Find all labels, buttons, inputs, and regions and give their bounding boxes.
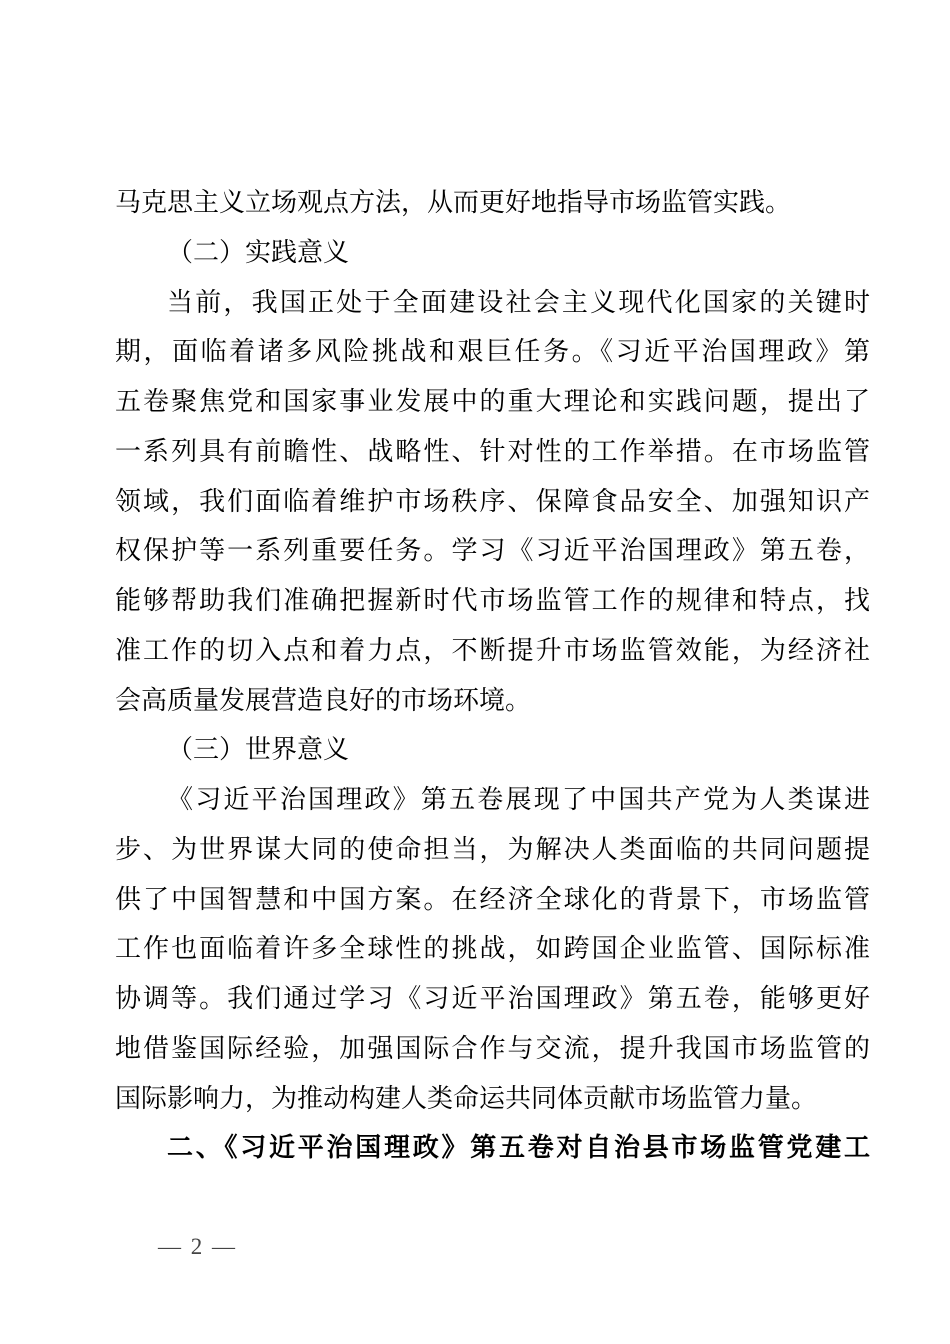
body-line: 领域，我们面临着维护市场秩序、保障食品安全、加强知识产 [115, 477, 870, 527]
body-line: 五卷聚焦党和国家事业发展中的重大理论和实践问题，提出了 [115, 377, 870, 427]
body-line: 马克思主义立场观点方法，从而更好地指导市场监管实践。 [115, 178, 870, 228]
page-number: — 2 — [158, 1234, 237, 1260]
subsection-heading: （二）实践意义 [115, 228, 870, 278]
document-body: 马克思主义立场观点方法，从而更好地指导市场监管实践。 （二）实践意义 当前，我国… [115, 178, 870, 1173]
body-line: 供了中国智慧和中国方案。在经济全球化的背景下，市场监管 [115, 875, 870, 925]
subsection-heading: （三）世界意义 [115, 725, 870, 775]
document-page: 马克思主义立场观点方法，从而更好地指导市场监管实践。 （二）实践意义 当前，我国… [0, 0, 950, 1344]
section-heading: 二、《习近平治国理政》第五卷对自治县市场监管党建工 [115, 1123, 870, 1173]
body-line: 当前，我国正处于全面建设社会主义现代化国家的关键时 [115, 278, 870, 328]
body-line: 一系列具有前瞻性、战略性、针对性的工作举措。在市场监管 [115, 427, 870, 477]
body-line: 《习近平治国理政》第五卷展现了中国共产党为人类谋进 [115, 775, 870, 825]
body-line: 地借鉴国际经验，加强国际合作与交流，提升我国市场监管的 [115, 1024, 870, 1074]
body-line: 会高质量发展营造良好的市场环境。 [115, 676, 870, 726]
body-line: 权保护等一系列重要任务。学习《习近平治国理政》第五卷， [115, 526, 870, 576]
body-line: 协调等。我们通过学习《习近平治国理政》第五卷，能够更好 [115, 974, 870, 1024]
body-line: 国际影响力，为推动构建人类命运共同体贡献市场监管力量。 [115, 1074, 870, 1124]
body-line: 能够帮助我们准确把握新时代市场监管工作的规律和特点，找 [115, 576, 870, 626]
body-line: 步、为世界谋大同的使命担当，为解决人类面临的共同问题提 [115, 825, 870, 875]
body-line: 准工作的切入点和着力点，不断提升市场监管效能，为经济社 [115, 626, 870, 676]
body-line: 期，面临着诸多风险挑战和艰巨任务。《习近平治国理政》第 [115, 327, 870, 377]
body-line: 工作也面临着许多全球性的挑战，如跨国企业监管、国际标准 [115, 924, 870, 974]
